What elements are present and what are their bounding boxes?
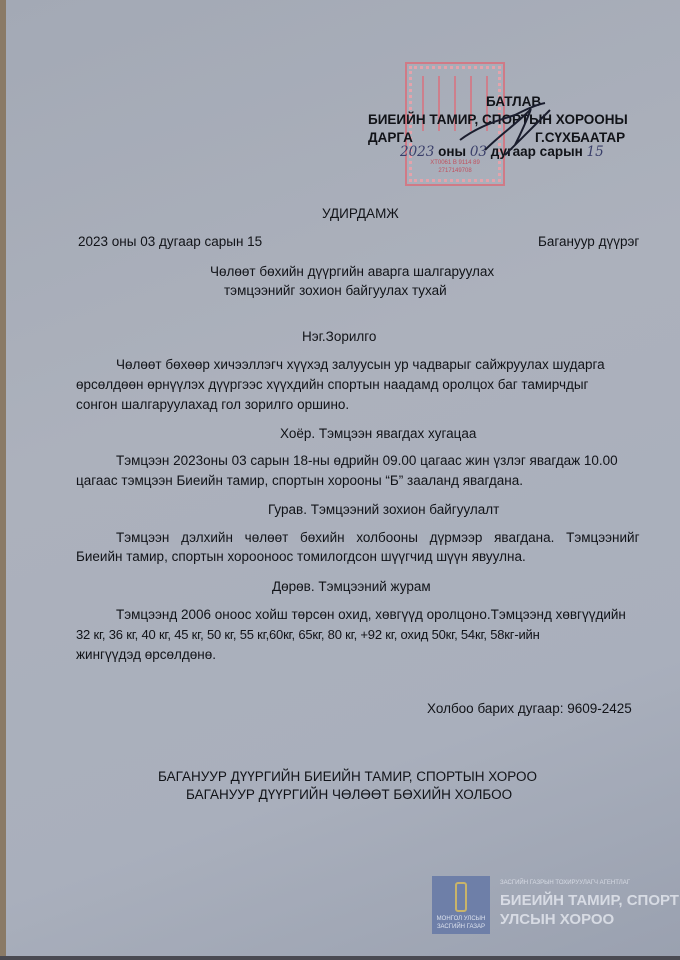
agency-name-2: УЛСЫН ХОРОО bbox=[500, 911, 614, 928]
section-4-heading: Дөрөв. Тэмцээний журам bbox=[272, 577, 431, 596]
section-1-heading: Нэг.Зорилго bbox=[302, 327, 376, 346]
section-4-line: Тэмцээнд 2006 оноос хойш төрсөн охид, хө… bbox=[116, 605, 626, 624]
section-1-line: өрсөлдөөн өрнүүлэх дүүргээс хүүхдийн спо… bbox=[76, 375, 589, 394]
logo-caption-2: ЗАСГИЙН ГАЗАР bbox=[432, 924, 490, 931]
section-1-line: Чөлөөт бөхөөр хичээллэгч хүүхэд залуусын… bbox=[116, 355, 605, 374]
soyombo-icon bbox=[455, 882, 467, 912]
section-2-heading: Хоёр. Тэмцээн явагдах хугацаа bbox=[280, 424, 476, 443]
section-3-line: Биеийн тамир, спортын хорооноос томилогд… bbox=[76, 547, 526, 566]
section-2-line: Тэмцээн 2023оны 03 сарын 18-ны өдрийн 09… bbox=[116, 451, 618, 470]
section-1-line: сонгон шалгаруулахад гол зорилго оршино. bbox=[76, 395, 349, 414]
signature bbox=[455, 95, 565, 165]
government-logo: МОНГОЛ УЛСЫН ЗАСГИЙН ГАЗАР bbox=[432, 876, 490, 934]
agency-name-1: БИЕИЙН ТАМИР, СПОРТЫН bbox=[500, 892, 680, 909]
contact-phone: Холбоо барих дугаар: 9609-2425 bbox=[427, 699, 632, 718]
section-3-line: Тэмцээн дэлхийн чөлөөт бөхийн холбооны д… bbox=[116, 528, 640, 547]
document-location: Багануур дүүрэг bbox=[538, 232, 639, 251]
handwritten-year: 2023 bbox=[400, 144, 434, 160]
document-date: 2023 оны 03 дугаар сарын 15 bbox=[78, 232, 262, 251]
handwritten-day: 15 bbox=[587, 144, 604, 160]
section-3-heading: Гурав. Тэмцээний зохион байгуулалт bbox=[268, 500, 499, 519]
section-4-line: 32 кг, 36 кг, 40 кг, 45 кг, 50 кг, 55 кг… bbox=[76, 625, 540, 644]
stamp-code-2: 2717149708 bbox=[407, 168, 503, 174]
table-edge-bottom bbox=[0, 956, 680, 960]
subject-line-1: Чөлөөт бөхийн дүүргийн аварга шалгаруула… bbox=[210, 262, 494, 281]
footer-org-2: БАГАНУУР ДҮҮРГИЙН ЧӨЛӨӨТ БӨХИЙН ХОЛБОО bbox=[186, 785, 512, 804]
logo-caption-1: МОНГОЛ УЛСЫН bbox=[432, 916, 490, 923]
section-4-line: жингүүдэд өрсөлдөнө. bbox=[76, 645, 216, 664]
subject-line-2: тэмцээнийг зохион байгуулах тухай bbox=[224, 281, 447, 300]
footer-org-1: БАГАНУУР ДҮҮРГИЙН БИЕИЙН ТАМИР, СПОРТЫН … bbox=[158, 767, 537, 786]
section-2-line: цагаас тэмцээн Биеийн тамир, спортын хор… bbox=[76, 471, 523, 490]
agency-label: ЗАСГИЙН ГАЗРЫН ТОХИРУУЛАГЧ АГЕНТЛАГ bbox=[500, 880, 630, 886]
document-type-title: УДИРДАМЖ bbox=[322, 204, 399, 223]
